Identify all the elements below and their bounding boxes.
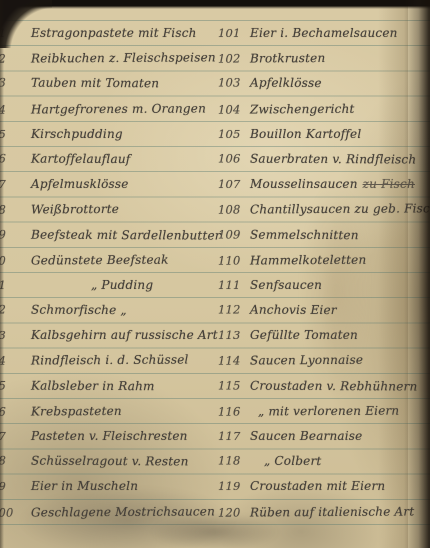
entry-number: 115: [218, 373, 242, 398]
entry-text: Apfelmusklösse: [13, 172, 129, 197]
index-entry: 115Croustaden v. Rebhühnern: [216, 373, 430, 399]
page-corner-curl: [0, 0, 52, 48]
index-entry: 118„ Colbert: [216, 449, 430, 475]
index-entry: 95Kalbsleber in Rahm: [0, 373, 216, 399]
entry-text: Croustaden mit Eiern: [242, 474, 385, 499]
entry-number: 104: [218, 97, 242, 122]
entry-text: Beefsteak mit Sardellenbutter: [13, 222, 221, 248]
index-entry: 108Chantillysaucen zu geb. Fisch: [216, 197, 430, 223]
entry-number: 116: [218, 399, 242, 424]
entry-text: Chantillysaucen zu geb. Fisch: [242, 197, 430, 223]
entry-number: 103: [218, 71, 242, 96]
index-entry: 82Reibkuchen z. Fleischspeisen: [0, 46, 216, 73]
page-left-edge: [0, 0, 4, 548]
entry-number: 107: [218, 172, 242, 197]
index-entry: 101Eier i. Bechamelsaucen: [216, 21, 430, 46]
entry-text: Brotkrusten: [242, 46, 326, 72]
index-entry: 93Kalbsgehirn auf russische Art: [0, 323, 216, 348]
index-entry: 110Hammelkoteletten: [216, 247, 430, 273]
entry-number: 105: [218, 122, 242, 147]
index-entry: 113Gefüllte Tomaten: [216, 323, 430, 348]
entry-text: Kirschpudding: [13, 122, 123, 147]
entry-text: Rindfleisch i. d. Schüssel: [13, 348, 189, 374]
entry-text: Rüben auf italienische Art: [242, 499, 414, 525]
entry-text: Apfelklösse: [242, 71, 322, 97]
entry-number: 110: [218, 248, 242, 273]
index-entry: 106Sauerbraten v. Rindfleisch: [216, 146, 430, 172]
index-entry: 103Apfelklösse: [216, 71, 430, 97]
entry-number: 117: [218, 424, 242, 449]
index-entry: 91„ Pudding: [0, 273, 216, 298]
entry-number: 119: [218, 474, 242, 499]
entry-number: 113: [218, 323, 242, 348]
entry-text: Hartgefrorenes m. Orangen: [13, 96, 206, 122]
entry-text: Semmelschnitten: [242, 222, 359, 248]
entry-text: Kalbsgehirn auf russische Art: [13, 323, 218, 348]
photo-top-edge: [0, 0, 430, 9]
index-entry: 114Saucen Lyonnaise: [216, 348, 430, 374]
index-entry: 94Rindfleisch i. d. Schüssel: [0, 348, 216, 375]
index-entry: 102Brotkrusten: [216, 46, 430, 72]
index-entry: 92Schmorfische „: [0, 297, 216, 323]
entry-text: Schmorfische „: [13, 298, 127, 324]
entry-text: Zwischengericht: [242, 96, 355, 122]
notebook-page: 81Estragonpastete mit Fisch82Reibkuchen …: [0, 0, 430, 548]
index-entry: 117Saucen Bearnaise: [216, 424, 430, 449]
index-column-right: 101Eier i. Bechamelsaucen102Brotkrusten1…: [216, 21, 430, 525]
index-entry: 97Pasteten v. Fleischresten: [0, 424, 216, 449]
entry-text: Gefüllte Tomaten: [242, 323, 358, 348]
entry-text: Tauben mit Tomaten: [13, 71, 159, 97]
entry-number: 102: [218, 47, 242, 72]
index-entry: 119Croustaden mit Eiern: [216, 474, 430, 499]
entry-text: Senfsaucen: [242, 273, 322, 298]
page-right-edge: [404, 0, 430, 548]
index-column-left: 81Estragonpastete mit Fisch82Reibkuchen …: [0, 21, 216, 525]
entry-text: Geschlagene Mostrichsaucen: [13, 499, 215, 525]
index-entry: 99Eier in Muscheln: [0, 474, 216, 499]
index-entry: 89Beefsteak mit Sardellenbutter: [0, 222, 216, 248]
entry-number: 101: [218, 21, 242, 46]
index-entry: 107Mousselinsaucenzu Fisch: [216, 172, 430, 197]
index-entry: 88Weißbrottorte: [0, 197, 216, 224]
entry-number: 118: [218, 449, 242, 474]
index-entry: 96Krebspasteten: [0, 398, 216, 425]
entry-text: Kartoffelauflauf: [13, 146, 131, 172]
entry-text: Hammelkoteletten: [242, 247, 367, 273]
index-entry: 86Kartoffelauflauf: [0, 146, 216, 172]
entry-text: Saucen Bearnaise: [242, 424, 362, 449]
entry-text: Reibkuchen z. Fleischspeisen: [13, 46, 216, 72]
entry-number: 106: [218, 146, 242, 171]
index-entry: 112Anchovis Eier: [216, 298, 430, 324]
entry-text: „ Colbert: [242, 449, 322, 475]
entry-number: 112: [218, 298, 242, 323]
entry-text: „ Pudding: [13, 273, 153, 298]
entry-text: „ mit verlorenen Eiern: [242, 398, 399, 424]
index-entry: 98Schüsselragout v. Resten: [0, 449, 216, 475]
index-entry: 104Zwischengericht: [216, 96, 430, 122]
entry-text: Bouillon Kartoffel: [242, 122, 361, 147]
entry-number: 120: [218, 500, 242, 525]
entry-number: 108: [218, 198, 242, 223]
index-entry: 100Geschlagene Mostrichsaucen: [0, 499, 216, 526]
index-entry: 84Hartgefrorenes m. Orangen: [0, 96, 216, 123]
index-entry: 116„ mit verlorenen Eiern: [216, 398, 430, 424]
index-entry: 85Kirschpudding: [0, 122, 216, 147]
entry-text: Weißbrottorte: [13, 197, 119, 223]
index-entry: 87Apfelmusklösse: [0, 172, 216, 197]
index-entry: 111Senfsaucen: [216, 273, 430, 298]
entry-text: Kalbsleber in Rahm: [13, 373, 155, 399]
entry-text: Croustaden v. Rebhühnern: [242, 373, 418, 399]
entry-text: Saucen Lyonnaise: [242, 348, 363, 374]
index-entry: 105Bouillon Kartoffel: [216, 122, 430, 147]
entry-text: Eier i. Bechamelsaucen: [242, 21, 398, 46]
entry-text: Sauerbraten v. Rindfleisch: [242, 147, 416, 173]
entry-number: 114: [218, 349, 242, 374]
entry-text: Pasteten v. Fleischresten: [13, 424, 188, 449]
entry-text: Schüsselragout v. Resten: [13, 449, 189, 475]
index-entry: 90Gedünstete Beefsteak: [0, 247, 216, 274]
entry-number: 111: [218, 273, 242, 298]
index-entry: 83Tauben mit Tomaten: [0, 71, 216, 97]
entry-text: Mousselinsaucen: [242, 172, 358, 197]
entry-text: Gedünstete Beefsteak: [13, 247, 169, 273]
entry-text: Eier in Muscheln: [13, 474, 138, 499]
entry-text: Anchovis Eier: [242, 298, 337, 324]
index-entry: 120Rüben auf italienische Art: [216, 499, 430, 525]
entry-text: Krebspasteten: [13, 399, 122, 425]
entry-number: 109: [218, 222, 242, 247]
index-entry: 109Semmelschnitten: [216, 222, 430, 248]
